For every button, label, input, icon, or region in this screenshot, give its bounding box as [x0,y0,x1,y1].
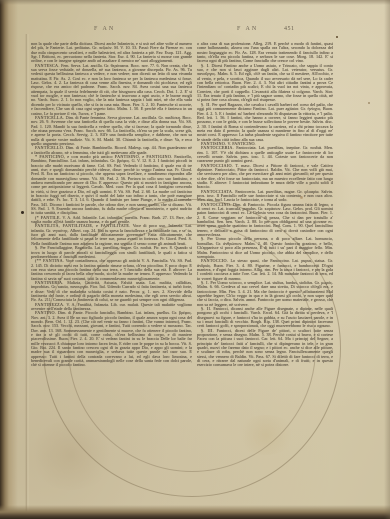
entry-body: Dim. di Fante. Piccolo fanciullo, Bambin… [31,310,192,367]
running-head-right: F AN [237,26,258,32]
entry-body: Fanticello, Bambino, Fanciullino. Lat. i… [31,154,192,215]
entry-paragraph: non la quale che parte della dicitura. D… [31,42,192,64]
entry-paragraph: FANTOCCINO. Dim. di Fantoccio. Piccola f… [197,203,333,238]
entry-paragraph: FANTOCCIAIO. T. masc. Dicesi a Pittore d… [197,164,333,190]
page-edge-top-shadow [0,0,390,5]
entry-paragraph: §. I. Per Uomo sciocco, o semplice. Lat.… [197,281,333,307]
text-column-left: non la quale che parte della dicitura. D… [31,42,192,431]
entry-body: T. masc. Dicesi a Pittore di fantocci, e… [197,163,333,190]
entry-body: Per Uomo sciocco, o semplice. Lat. stult… [197,280,333,307]
entry-paragraph: * FANTICINO, e con modo più antico FANTI… [31,155,192,216]
entry-body: Per Uomo piccolo della persona, o di poc… [197,236,333,258]
entry-paragraph: FANTINERIA. Malizia, Cattività, Astuzia,… [31,281,192,303]
page-edge-bottom-shadow [0,505,390,519]
entry-body: Dim. di Fante femmina. Serva giovane. La… [31,115,192,146]
entry-paragraph: o altra cosa di sua professione. Alleg. … [197,42,333,64]
entry-body: Fem. Serva. Lat. ancilla. Gr. θεράπαινα.… [31,63,192,116]
ink-speck [368,102,370,104]
scanned-page: F AN F AN 451 non la quale che parte del… [0,0,390,519]
ink-speck [21,211,24,214]
entry-body: Per Fanciullaggine, Bagattella. Lat. pue… [31,245,192,259]
entry-body: non la quale che parte della dicitura. D… [31,42,192,63]
entry-body: Dim. di Fantoccio. Piccola figura umana … [197,202,333,237]
entry-paragraph: FANTOCCERIA. Fantocciata. Lat. puerilita… [197,146,333,163]
entry-body: o altra cosa di sua professione. Alleg. … [197,42,333,63]
page-edge-left-shadow [0,0,18,519]
page-number: 451 [284,26,295,32]
entry-body: Dicesi Fantino anche a Uomo astuto, e Tr… [197,63,333,103]
entry-paragraph: §. Per Uomo piccolo della persona, o di … [197,237,333,259]
entry-paragraph: §. II. Fantocci, diconsi anche alle Figu… [197,307,333,329]
text-column-right: o altra cosa di sua professione. Alleg. … [197,42,333,416]
running-head-left: F AN [94,26,115,32]
entry-paragraph: FANTILITÀ, FANTILITADE, e FANTILITATE. V… [31,224,192,246]
entry-paragraph: §. I. Dicesi Fantino anche a Uomo astuto… [197,64,333,103]
entry-paragraph: §. II. Per quel Ragazzo, che cavalca i c… [197,103,333,142]
entry-paragraph: FANTESCA. Fem. Serva. Lat. ancilla. Gr. … [31,64,192,116]
entry-paragraph: (** FANTINA. Voce contadinesca, che appr… [31,259,192,281]
page-crease [25,34,29,519]
entry-body: Per quel Ragazzo, che cavalca i cavalli … [197,102,333,142]
entry-body: Fantocci, diconsi anche alle Figure dise… [197,306,333,328]
ink-speck [300,196,303,199]
entry-paragraph: FANTICELLA. Dim. di Fante femmina. Serva… [31,116,192,146]
page-edge-right-shadow [384,0,390,519]
entry-paragraph: §. III. Fantocci, dicesi delle Figure de… [197,329,333,368]
paper-stain [236,415,296,455]
entry-paragraph: FANTOCCIO. Lo stesso quasi, che Fantocci… [197,259,333,281]
ink-speck [336,36,338,38]
entry-body: Fantocci, dicesi delle Figure de' pittor… [197,328,333,368]
entry-paragraph: FANTINO. Dim. di Fante. Piccolo fanciull… [31,311,192,367]
